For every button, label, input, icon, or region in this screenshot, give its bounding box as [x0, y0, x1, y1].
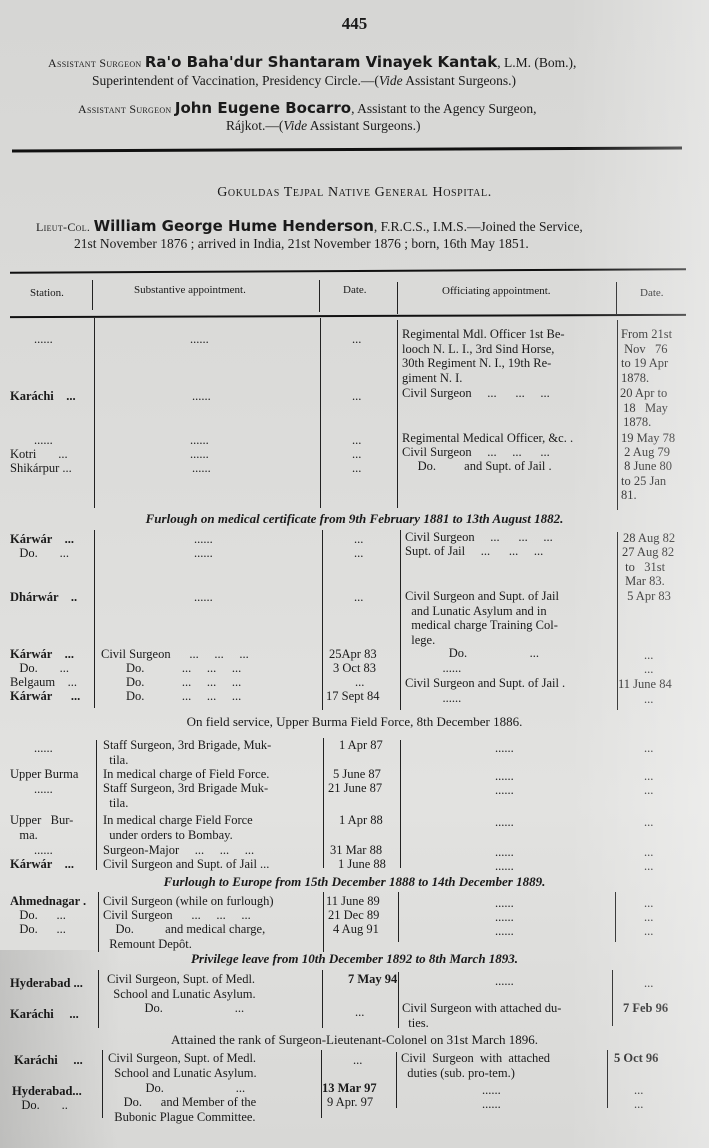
- date1-cell: 21 Dec 89: [328, 908, 379, 923]
- date2-cell: ...: [644, 815, 653, 830]
- station-cell: Kárwár ...: [10, 857, 74, 872]
- date1-cell: 17 Sept 84: [326, 689, 379, 704]
- station-cell: ......: [34, 843, 53, 858]
- officer-heading: Lieut-Col. William George Hume Henderson…: [36, 218, 706, 236]
- officiating-cell: Civil Surgeon ... ... ...: [405, 530, 553, 545]
- officiating-cell: Civil Surgeon ... ... ...: [402, 386, 550, 401]
- station-cell: Do. ..: [12, 1098, 68, 1113]
- entry-kantak: Assistant Surgeon Ra'o Baha'dur Shantara…: [48, 54, 708, 72]
- officiating-cell: Civil Surgeon with attached duties (sub.…: [401, 1051, 550, 1080]
- vide-ref: Vide: [283, 118, 307, 133]
- officiating-cell: ......: [495, 910, 514, 925]
- column-divider: [322, 970, 323, 1028]
- column-divider: [96, 740, 97, 870]
- officiating-cell: Civil Surgeon ... ... ...: [402, 445, 550, 460]
- station-cell: Karáchi ...: [14, 1053, 83, 1068]
- date1-cell: ...: [354, 590, 363, 605]
- column-divider: [323, 892, 324, 952]
- date2-cell: ...: [644, 976, 653, 991]
- station-cell: Karáchi ...: [10, 389, 76, 404]
- substantive-cell: ......: [190, 433, 209, 448]
- officiating-cell: ......: [495, 859, 514, 874]
- section-note-furlough-1881: Furlough on medical certificate from 9th…: [0, 511, 709, 527]
- date2-cell: 2 Aug 79: [621, 445, 670, 460]
- entry-bocarro-line2: Rájkot.—(Vide Assistant Surgeons.): [226, 117, 421, 134]
- officiating-cell: Civil Surgeon and Supt. of Jail and Luna…: [405, 589, 559, 647]
- column-divider: [94, 318, 95, 508]
- officiating-cell: ......: [495, 924, 514, 939]
- substantive-cell: In medical charge of Field Force.: [103, 767, 269, 782]
- column-divider: [94, 530, 95, 708]
- entry-name: John Eugene Bocarro: [175, 99, 351, 117]
- column-divider: [397, 282, 398, 314]
- station-cell: Ahmednagar .: [10, 894, 86, 909]
- date1-cell: ...: [353, 1053, 362, 1068]
- officiating-cell: ......: [482, 1083, 501, 1098]
- substantive-cell: Surgeon-Major ... ... ...: [103, 843, 254, 858]
- date1-cell: ...: [354, 546, 363, 561]
- substantive-cell: Do. ... ... ...: [101, 689, 241, 704]
- station-cell: ......: [34, 741, 53, 756]
- substantive-cell: Do. ...: [108, 1081, 245, 1096]
- date2-cell: 5 Oct 96: [614, 1051, 658, 1066]
- column-divider: [319, 280, 320, 312]
- officiating-cell: Do. and Supt. of Jail .: [402, 459, 552, 474]
- date1-cell: 1 Apr 88: [339, 813, 383, 828]
- entry-text: Superintendent of Vaccination, Presidenc…: [92, 73, 379, 88]
- station-cell: Kárwár ...: [10, 689, 80, 704]
- date2-cell: ...: [644, 859, 653, 874]
- station-cell: ......: [34, 433, 53, 448]
- hospital-title: Gokuldas Tejpal Native General Hospital.: [0, 185, 709, 201]
- entry-bocarro: Assistant Surgeon John Eugene Bocarro, A…: [78, 100, 536, 118]
- column-divider: [607, 1050, 608, 1108]
- date1-cell: 9 Apr. 97: [327, 1095, 373, 1110]
- column-divider: [322, 530, 323, 710]
- header-officiating: Officiating appointment.: [442, 284, 551, 299]
- section-note-privilege-leave: Privilege leave from 10th December 1892 …: [0, 951, 709, 967]
- section-note-field-service: On field service, Upper Burma Field Forc…: [0, 714, 709, 730]
- date1-cell: 1 June 88: [338, 857, 386, 872]
- date2-cell: ...: [634, 1083, 643, 1098]
- officiating-cell: ......: [495, 783, 514, 798]
- date2-cell: ...: [644, 769, 653, 784]
- column-divider: [397, 320, 398, 508]
- column-divider: [400, 530, 401, 710]
- date1-cell: ...: [355, 675, 364, 690]
- date2-cell: ...: [644, 896, 653, 911]
- date1-cell: 5 June 87: [333, 767, 381, 782]
- header-date-2: Date.: [640, 286, 664, 301]
- officiating-cell: ......: [405, 691, 461, 706]
- substantive-cell: Civil Surgeon ... ... ...: [103, 908, 251, 923]
- station-cell: Do. ...: [10, 908, 66, 923]
- station-cell: Belgaum ...: [10, 675, 77, 690]
- date2-cell: 19 May 78: [621, 431, 675, 446]
- date1-cell: ...: [352, 389, 361, 404]
- officiating-cell: ......: [482, 1097, 501, 1112]
- substantive-cell: ......: [192, 389, 211, 404]
- date2-cell: 27 Aug 82 to 31st Mar 83.: [622, 545, 674, 589]
- entry-suffix: , L.M. (Bom.),: [497, 55, 576, 70]
- date1-cell: 13 Mar 97: [322, 1081, 377, 1096]
- substantive-cell: ......: [190, 332, 209, 347]
- station-cell: Dhárwár ..: [10, 590, 77, 605]
- date2-cell: ...: [644, 845, 653, 860]
- section-note-rank-attained: Attained the rank of Surgeon-Lieutenant-…: [0, 1032, 709, 1048]
- column-divider: [398, 972, 399, 1028]
- date1-cell: ...: [352, 447, 361, 462]
- date1-cell: 21 June 87: [328, 781, 382, 796]
- station-cell: Hyderabad ...: [10, 976, 83, 991]
- entry-rank: Assistant Surgeon: [48, 56, 141, 70]
- station-cell: Kárwár ...: [10, 647, 74, 662]
- column-divider: [398, 892, 399, 942]
- officiating-cell: ......: [495, 741, 514, 756]
- substantive-cell: Do. ... ... ...: [101, 661, 241, 676]
- station-cell: Do. ...: [10, 546, 69, 561]
- substantive-cell: Civil Surgeon, Supt. of Medl. School and…: [108, 1051, 257, 1080]
- section-divider: [12, 147, 682, 153]
- officiating-cell: ......: [495, 769, 514, 784]
- station-cell: ......: [34, 332, 53, 347]
- column-divider: [92, 280, 93, 310]
- entry-rank: Assistant Surgeon: [78, 102, 171, 116]
- substantive-cell: Staff Surgeon, 3rd Brigade Muk- tila.: [103, 781, 268, 810]
- page-number: 445: [0, 14, 709, 34]
- station-cell: Shikárpur ...: [10, 461, 72, 476]
- substantive-cell: Civil Surgeon, Supt. of Medl. School and…: [107, 972, 256, 1001]
- column-divider: [98, 970, 99, 1028]
- substantive-cell: ......: [194, 546, 213, 561]
- substantive-cell: Civil Surgeon and Supt. of Jail ...: [103, 857, 269, 872]
- officiating-cell: Regimental Medical Officer, &c. .: [402, 431, 573, 446]
- date1-cell: 4 Aug 91: [333, 922, 379, 937]
- substantive-cell: Civil Surgeon ... ... ...: [101, 647, 249, 662]
- date1-cell: 1 Apr 87: [339, 738, 383, 753]
- station-cell: ......: [34, 782, 53, 797]
- entry-suffix: , Assistant to the Agency Surgeon,: [351, 101, 536, 116]
- date1-cell: 31 Mar 88: [330, 843, 382, 858]
- date2-cell: 20 Apr to 18 May 1878.: [620, 386, 668, 430]
- substantive-cell: Do. and medical charge, Remount Depôt.: [103, 922, 265, 951]
- date1-cell: ...: [352, 433, 361, 448]
- date1-cell: ...: [355, 1005, 364, 1020]
- date1-cell: 25Apr 83: [329, 647, 377, 662]
- column-divider: [612, 970, 613, 1026]
- station-cell: Do. ...: [10, 922, 66, 937]
- date1-cell: ...: [352, 461, 361, 476]
- header-substantive: Substantive appointment.: [134, 283, 246, 298]
- entry-text: Assistant Surgeons.): [307, 118, 420, 133]
- officiating-cell: ......: [495, 974, 514, 989]
- officiating-cell: Civil Surgeon with attached du- ties.: [402, 1001, 561, 1030]
- station-cell: Kárwár ...: [10, 532, 74, 547]
- officer-quals: , F.R.C.S., I.M.S.—Joined the Service,: [374, 219, 583, 234]
- substantive-cell: ......: [192, 461, 211, 476]
- document-page: 445 Assistant Surgeon Ra'o Baha'dur Shan…: [0, 0, 709, 1148]
- officer-service-dates: 21st November 1876 ; arrived in India, 2…: [74, 235, 529, 252]
- substantive-cell: ......: [194, 590, 213, 605]
- date1-cell: ...: [354, 532, 363, 547]
- station-cell: Upper Burma: [10, 767, 78, 782]
- entry-text: Assistant Surgeons.): [403, 73, 516, 88]
- entry-kantak-line2: Superintendent of Vaccination, Presidenc…: [92, 72, 516, 89]
- date2-cell: 7 Feb 96: [623, 1001, 668, 1016]
- header-station: Station.: [30, 286, 64, 301]
- date1-cell: 7 May 94: [348, 972, 397, 987]
- date2-cell: ...: [644, 692, 653, 707]
- column-divider: [102, 1050, 103, 1118]
- entry-text: Rájkot.—(: [226, 118, 283, 133]
- substantive-cell: Staff Surgeon, 3rd Brigade, Muk- tila.: [103, 738, 271, 767]
- officiating-cell: ......: [495, 896, 514, 911]
- substantive-cell: In medical charge Field Force under orde…: [103, 813, 253, 842]
- column-divider: [400, 740, 401, 868]
- date2-cell: ...: [634, 1097, 643, 1112]
- section-note-furlough-europe: Furlough to Europe from 15th December 18…: [0, 874, 709, 890]
- column-divider: [98, 892, 99, 952]
- header-date-1: Date.: [343, 283, 367, 298]
- column-divider: [396, 1052, 397, 1108]
- column-divider: [615, 892, 616, 942]
- station-cell: Kotri ...: [10, 447, 68, 462]
- officiating-cell: ......: [495, 845, 514, 860]
- column-divider: [323, 738, 324, 868]
- substantive-cell: Do. ... ... ...: [101, 675, 241, 690]
- column-divider: [617, 320, 618, 510]
- date2-cell: 28 Aug 82: [623, 531, 675, 546]
- date2-cell: ...: [644, 924, 653, 939]
- date2-cell: ...: [644, 741, 653, 756]
- substantive-cell: Do. ...: [107, 1001, 244, 1016]
- date1-cell: ...: [352, 332, 361, 347]
- officiating-cell: Regimental Mdl. Officer 1st Be- looch N.…: [402, 327, 565, 385]
- date2-cell: ...: [644, 662, 653, 677]
- date2-cell: ...: [644, 910, 653, 925]
- officiating-cell: Supt. of Jail ... ... ...: [405, 544, 543, 559]
- column-divider: [616, 282, 617, 314]
- date2-cell: 11 June 84: [618, 677, 672, 692]
- officiating-cell: Do. ...: [405, 646, 539, 661]
- substantive-cell: Civil Surgeon (while on furlough): [103, 894, 274, 909]
- officiating-cell: ......: [495, 815, 514, 830]
- station-cell: Hyderabad...: [12, 1084, 82, 1099]
- officer-name: William George Hume Henderson: [94, 217, 374, 235]
- station-cell: Upper Bur- ma.: [10, 813, 73, 842]
- officer-rank: Lieut-Col.: [36, 220, 90, 234]
- date2-cell: 8 June 80 to 25 Jan 81.: [621, 459, 672, 503]
- substantive-cell: ......: [190, 447, 209, 462]
- table-header-rule: [10, 314, 686, 318]
- date1-cell: 3 Oct 83: [333, 661, 376, 676]
- substantive-cell: Do. and Member of the Bubonic Plague Com…: [108, 1095, 256, 1124]
- date2-cell: 5 Apr 83: [624, 589, 671, 604]
- vide-ref: Vide: [379, 73, 403, 88]
- entry-name: Ra'o Baha'dur Shantaram Vinayek Kantak: [145, 53, 497, 71]
- table-top-rule: [10, 268, 686, 273]
- date2-cell: From 21st Nov 76 to 19 Apr 1878.: [621, 327, 672, 385]
- station-cell: Do. ...: [10, 661, 69, 676]
- substantive-cell: ......: [194, 532, 213, 547]
- officiating-cell: ......: [405, 661, 461, 676]
- date2-cell: ...: [644, 783, 653, 798]
- date1-cell: 11 June 89: [326, 894, 380, 909]
- date2-cell: ...: [644, 648, 653, 663]
- officiating-cell: Civil Surgeon and Supt. of Jail .: [405, 676, 565, 691]
- column-divider: [320, 318, 321, 508]
- station-cell: Karáchi ...: [10, 1007, 79, 1022]
